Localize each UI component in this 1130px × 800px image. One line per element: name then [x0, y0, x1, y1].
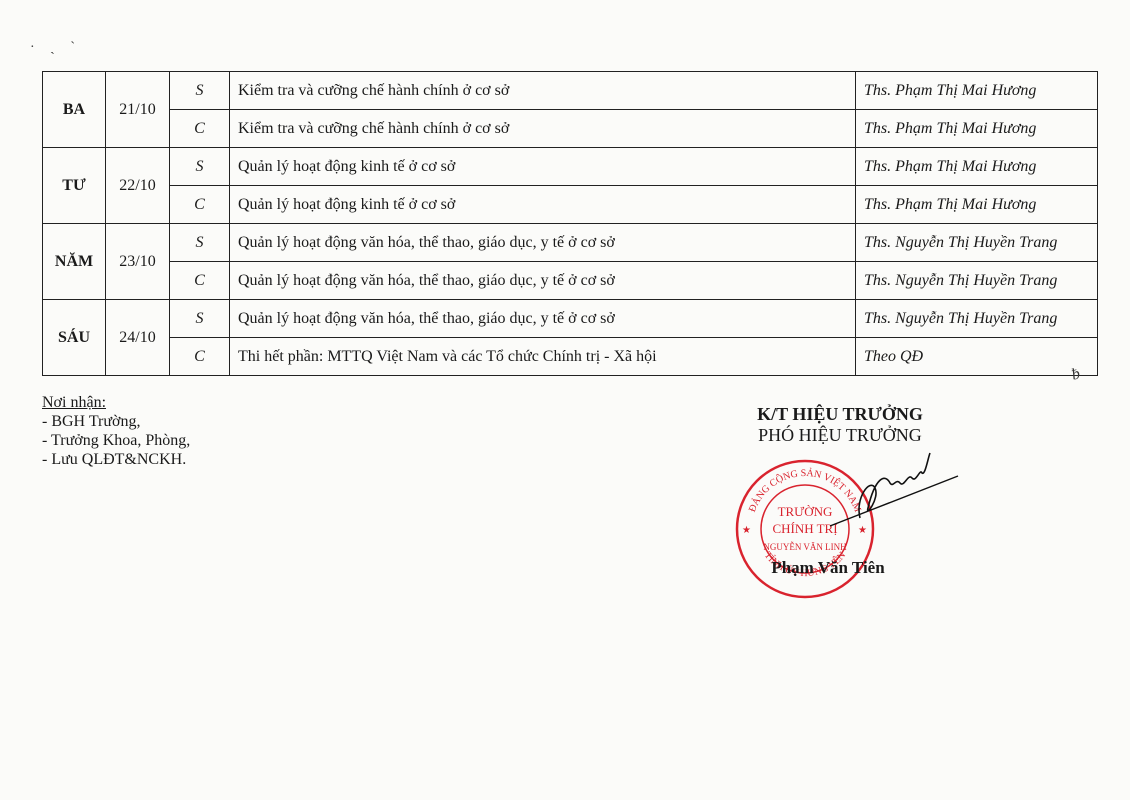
session-cell: C: [170, 186, 230, 224]
subject-cell: Quản lý hoạt động kinh tế ở cơ sở: [230, 186, 856, 224]
svg-text:CHÍNH TRỊ: CHÍNH TRỊ: [772, 521, 837, 536]
lecturer-cell: Ths. Nguyễn Thị Huyền Trang: [856, 300, 1098, 338]
date-cell: 23/10: [106, 224, 170, 300]
session-cell: S: [170, 224, 230, 262]
signature-subtitle: PHÓ HIỆU TRƯỞNG: [720, 425, 960, 446]
recipient-item: - BGH Trường,: [42, 412, 190, 431]
session-cell: S: [170, 300, 230, 338]
date-cell: 24/10: [106, 300, 170, 376]
schedule-table: BA21/10SKiểm tra và cưỡng chế hành chính…: [42, 71, 1098, 376]
date-cell: 22/10: [106, 148, 170, 224]
svg-text:★: ★: [742, 525, 751, 536]
svg-text:TRƯỜNG: TRƯỜNG: [778, 504, 833, 519]
signature-title: K/T HIỆU TRƯỞNG: [720, 404, 960, 425]
lecturer-cell: Ths. Nguyễn Thị Huyền Trang: [856, 224, 1098, 262]
session-cell: S: [170, 148, 230, 186]
subject-cell: Quản lý hoạt động văn hóa, thể thao, giá…: [230, 224, 856, 262]
svg-text:NGUYỄN VĂN LINH: NGUYỄN VĂN LINH: [763, 541, 847, 552]
table-row: SÁU24/10SQuản lý hoạt động văn hóa, thể …: [43, 300, 1098, 338]
subject-cell: Quản lý hoạt động văn hóa, thể thao, giá…: [230, 300, 856, 338]
subject-cell: Quản lý hoạt động kinh tế ở cơ sở: [230, 148, 856, 186]
subject-cell: Kiểm tra và cưỡng chế hành chính ở cơ sở: [230, 110, 856, 148]
date-cell: 21/10: [106, 72, 170, 148]
handwritten-signature-icon: [830, 448, 960, 528]
lecturer-cell: Ths. Phạm Thị Mai Hương: [856, 110, 1098, 148]
recipients-title: Nơi nhận:: [42, 393, 190, 412]
table-row: NĂM23/10SQuản lý hoạt động văn hóa, thể …: [43, 224, 1098, 262]
table-row: CQuản lý hoạt động kinh tế ở cơ sởThs. P…: [43, 186, 1098, 224]
lecturer-cell: Ths. Nguyễn Thị Huyền Trang: [856, 262, 1098, 300]
day-cell: NĂM: [43, 224, 106, 300]
lecturer-cell: Ths. Phạm Thị Mai Hương: [856, 186, 1098, 224]
recipient-item: - Lưu QLĐT&NCKH.: [42, 450, 190, 469]
table-row: CKiểm tra và cưỡng chế hành chính ở cơ s…: [43, 110, 1098, 148]
subject-cell: Kiểm tra và cưỡng chế hành chính ở cơ sở: [230, 72, 856, 110]
session-cell: C: [170, 338, 230, 376]
signer-name: Phạm Văn Tiên: [748, 558, 908, 578]
subject-cell: Thi hết phần: MTTQ Việt Nam và các Tổ ch…: [230, 338, 856, 376]
table-row: CQuản lý hoạt động văn hóa, thể thao, gi…: [43, 262, 1098, 300]
lecturer-cell: Ths. Phạm Thị Mai Hương: [856, 148, 1098, 186]
session-cell: C: [170, 262, 230, 300]
signature-block: K/T HIỆU TRƯỞNG PHÓ HIỆU TRƯỞNG: [720, 404, 960, 446]
day-cell: BA: [43, 72, 106, 148]
lecturer-cell: Theo QĐ: [856, 338, 1098, 376]
day-cell: SÁU: [43, 300, 106, 376]
session-cell: S: [170, 72, 230, 110]
subject-cell: Quản lý hoạt động văn hóa, thể thao, giá…: [230, 262, 856, 300]
table-row: BA21/10SKiểm tra và cưỡng chế hành chính…: [43, 72, 1098, 110]
table-row: TƯ22/10SQuản lý hoạt động kinh tế ở cơ s…: [43, 148, 1098, 186]
table-row: CThi hết phần: MTTQ Việt Nam và các Tổ c…: [43, 338, 1098, 376]
recipient-item: - Trưởng Khoa, Phòng,: [42, 431, 190, 450]
scan-marks: · ˎ ˋ: [30, 40, 81, 56]
lecturer-cell: Ths. Phạm Thị Mai Hương: [856, 72, 1098, 110]
session-cell: C: [170, 110, 230, 148]
day-cell: TƯ: [43, 148, 106, 224]
recipients-block: Nơi nhận: - BGH Trường, - Trưởng Khoa, P…: [42, 393, 190, 469]
